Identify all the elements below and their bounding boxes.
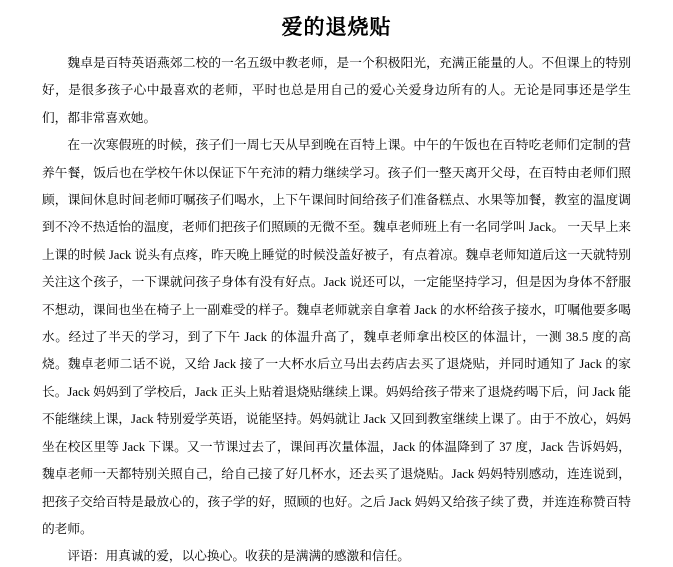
document-body: 魏卓是百特英语燕郊二校的一名五级中教老师，是一个积极阳光，充满正能量的人。不但课…	[42, 50, 631, 567]
document-page: 爱的退烧贴 魏卓是百特英语燕郊二校的一名五级中教老师，是一个积极阳光，充满正能量…	[0, 0, 673, 567]
paragraph: 评语：用真诚的爱，以心换心。收获的是满满的感激和信任。	[42, 543, 631, 567]
paragraph: 魏卓是百特英语燕郊二校的一名五级中教老师，是一个积极阳光，充满正能量的人。不但课…	[42, 50, 631, 132]
paragraph: 在一次寒假班的时候，孩子们一周七天从早到晚在百特上课。中午的午饭也在百特吃老师们…	[42, 132, 631, 543]
document-title: 爱的退烧贴	[42, 11, 631, 41]
